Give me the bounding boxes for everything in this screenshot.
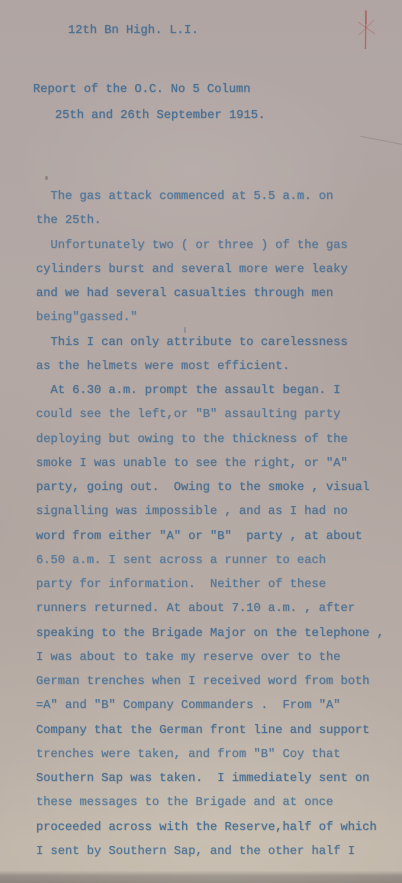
typewritten-line: signalling was impossible , and as I had… bbox=[36, 499, 396, 523]
typewritten-line: smoke I was unable to see the right, or … bbox=[36, 451, 396, 475]
unit-heading: 12th Bn High. L.I. bbox=[68, 22, 199, 38]
typewritten-line: party, going out. Owing to the smoke , v… bbox=[36, 475, 396, 499]
typewritten-line: German trenches when I received word fro… bbox=[36, 669, 396, 693]
typewritten-line: At 6.30 a.m. prompt the assault began. I bbox=[36, 378, 396, 402]
typewritten-line: runners returned. At about 7.10 a.m. , a… bbox=[36, 596, 396, 620]
ink-speckle bbox=[45, 176, 48, 180]
typewritten-line: I was about to take my reserve over to t… bbox=[36, 645, 396, 669]
typewritten-line: the 25th. bbox=[36, 208, 396, 232]
typewritten-line: Unfortunately two ( or three ) of the ga… bbox=[36, 233, 396, 257]
typewritten-line: trenches were taken, and from "B" Coy th… bbox=[36, 742, 396, 766]
red-pencil-cross-icon bbox=[351, 4, 381, 54]
typewritten-line: as the helmets were most efficient. bbox=[36, 354, 396, 378]
typewritten-line: being"gassed." bbox=[36, 305, 396, 329]
typewritten-line: and we had several casualties through me… bbox=[36, 281, 396, 305]
typewritten-line: party for information. Neither of these bbox=[36, 572, 396, 596]
typewritten-line: 6.50 a.m. I sent across a runner to each bbox=[36, 548, 396, 572]
typewritten-line: proceeded across with the Reserve,half o… bbox=[36, 815, 396, 839]
report-body: The gas attack commenced at 5.5 a.m. ont… bbox=[36, 184, 396, 863]
typewritten-line: =A" and "B" Company Commanders . From "A… bbox=[36, 693, 396, 717]
typewritten-line: I sent by Southern Sap, and the other ha… bbox=[36, 839, 396, 863]
typewritten-line: This I can only attribute to carelessnes… bbox=[36, 330, 396, 354]
typewritten-line: The gas attack commenced at 5.5 a.m. on bbox=[36, 184, 396, 208]
report-date-line: 25th and 26th September 1915. bbox=[55, 107, 265, 123]
report-title: Report of the O.C. No 5 Column bbox=[33, 81, 251, 97]
typewritten-line: speaking to the Brigade Major on the tel… bbox=[36, 621, 396, 645]
typewritten-line: cylinders burst and several more were le… bbox=[36, 257, 396, 281]
typewritten-line: Southern Sap was taken. I immediately se… bbox=[36, 766, 396, 790]
paper-crease bbox=[360, 136, 402, 145]
typewritten-line: Company that the German front line and s… bbox=[36, 718, 396, 742]
document-page: 12th Bn High. L.I. Report of the O.C. No… bbox=[0, 0, 402, 883]
typewritten-line: could see the left,or "B" assaulting par… bbox=[36, 402, 396, 426]
typewritten-line: word from either "A" or "B" party , at a… bbox=[36, 524, 396, 548]
typewritten-line: these messages to the Brigade and at onc… bbox=[36, 790, 396, 814]
typewritten-line: deploying but owing to the thickness of … bbox=[36, 427, 396, 451]
